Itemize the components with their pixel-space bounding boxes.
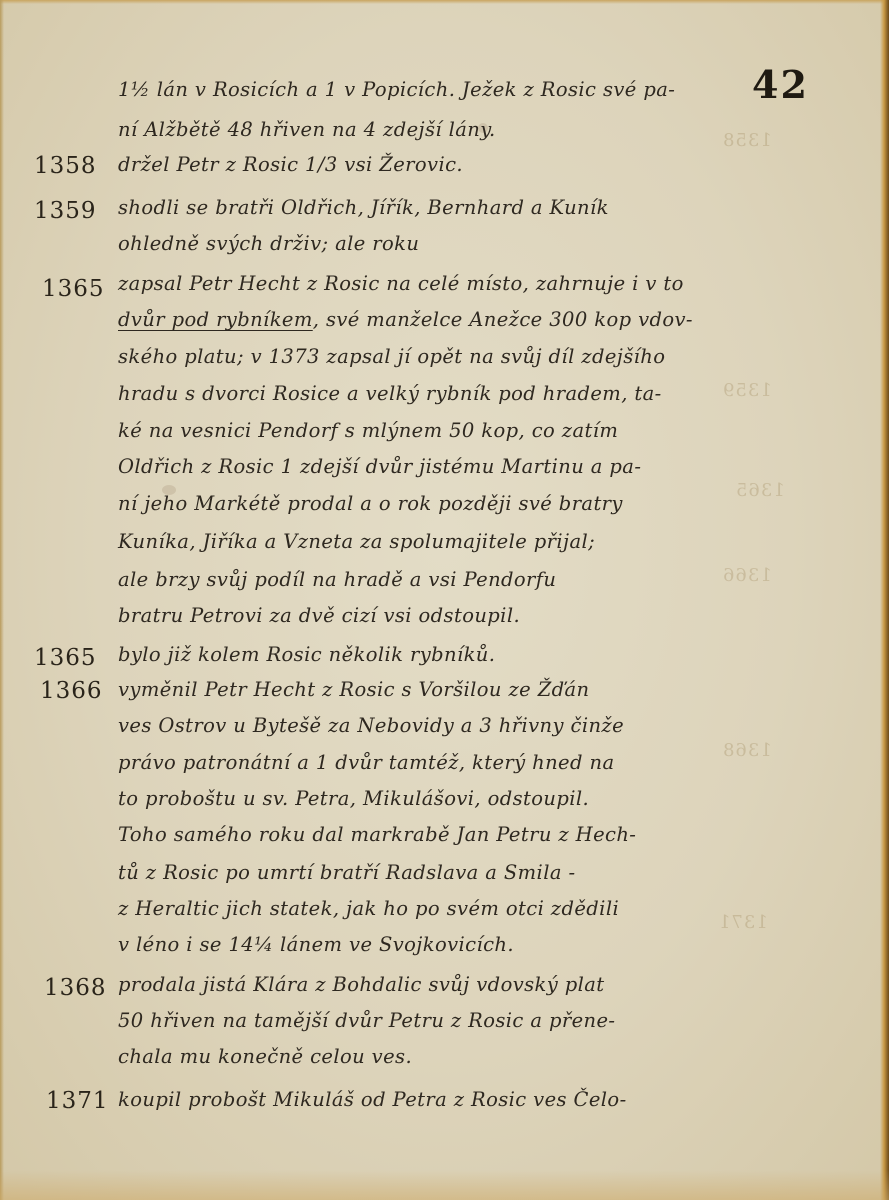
manuscript-line: to proboštu u sv. Petra, Mikulášovi, ods… [118,787,708,810]
manuscript-line: zapsal Petr Hecht z Rosic na celé místo,… [118,272,708,295]
manuscript-line: v léno i se 14¼ lánem ve Svojkovicích. [118,933,708,956]
bleed-through-mark: 1365 [735,480,785,501]
manuscript-line: bratru Petrovi za dvě cizí vsi odstoupil… [118,604,708,627]
margin-year: 1359 [34,198,97,224]
page-edge-left [0,0,4,1200]
bleed-through-mark: 1366 [722,565,772,586]
bleed-through-mark: 1359 [722,380,772,401]
manuscript-line: z Heraltic jich statek, jak ho po svém o… [118,897,708,920]
manuscript-line: tů z Rosic po umrtí bratří Radslava a Sm… [118,861,708,884]
manuscript-line: koupil probošt Mikuláš od Petra z Rosic … [118,1088,708,1111]
manuscript-line: ké na vesnici Pendorf s mlýnem 50 kop, c… [118,419,708,442]
bleed-through-mark: 1358 [722,130,772,151]
manuscript-line: ale brzy svůj podíl na hradě a vsi Pendo… [118,568,708,591]
margin-year: 1368 [44,975,107,1001]
manuscript-line: držel Petr z Rosic 1/3 vsi Žerovic. [118,153,708,176]
page-number: 42 [752,62,809,107]
manuscript-line: Oldřich z Rosic 1 zdejší dvůr jistému Ma… [118,455,708,478]
manuscript-line: Kuníka, Jiříka a Vzneta za spolumajitele… [118,530,708,553]
manuscript-line: ohledně svých drživ; ale roku [118,232,708,255]
manuscript-line: ní jeho Markétě prodal a o rok později s… [118,492,708,515]
line-text: , své manželce Anežce 300 kop vdov- [313,308,693,331]
manuscript-line: právo patronátní a 1 dvůr tamtéž, který … [118,751,708,774]
manuscript-line: 1½ lán v Rosicích a 1 v Popicích. Ježek … [118,78,708,101]
page-edge-bottom [0,1170,889,1200]
manuscript-line: dvůr pod rybníkem, své manželce Anežce 3… [118,308,708,331]
page-edge-top [0,0,889,4]
manuscript-line: prodala jistá Klára z Bohdalic svůj vdov… [118,973,708,996]
manuscript-line: ského platu; v 1373 zapsal jí opět na sv… [118,345,708,368]
manuscript-line: bylo již kolem Rosic několik rybníků. [118,643,708,666]
margin-year: 1371 [46,1088,109,1114]
gilt-page-edge [880,0,889,1200]
margin-year: 1366 [40,678,103,704]
manuscript-line: hradu s dvorci Rosice a velký rybník pod… [118,382,708,405]
manuscript-line: ní Alžbětě 48 hřiven na 4 zdejší lány. [118,118,708,141]
manuscript-line: vyměnil Petr Hecht z Rosic s Voršilou ze… [118,678,708,701]
manuscript-line: Toho samého roku dal markrabě Jan Petru … [118,823,708,846]
manuscript-page: 1358 1359 1365 1366 1368 1371 42 1358 13… [0,0,889,1200]
bleed-through-mark: 1371 [718,912,768,933]
manuscript-line: 50 hřiven na tamější dvůr Petru z Rosic … [118,1009,708,1032]
margin-year: 1358 [34,153,97,179]
margin-year: 1365 [34,645,97,671]
manuscript-line: ves Ostrov u Bytešě za Nebovidy a 3 hřiv… [118,714,708,737]
manuscript-line: chala mu konečně celou ves. [118,1045,708,1068]
underlined-phrase: dvůr pod rybníkem [118,308,313,331]
manuscript-line: shodli se bratři Oldřich, Jířík, Bernhar… [118,196,708,219]
margin-year: 1365 [42,276,105,302]
bleed-through-mark: 1368 [722,740,772,761]
